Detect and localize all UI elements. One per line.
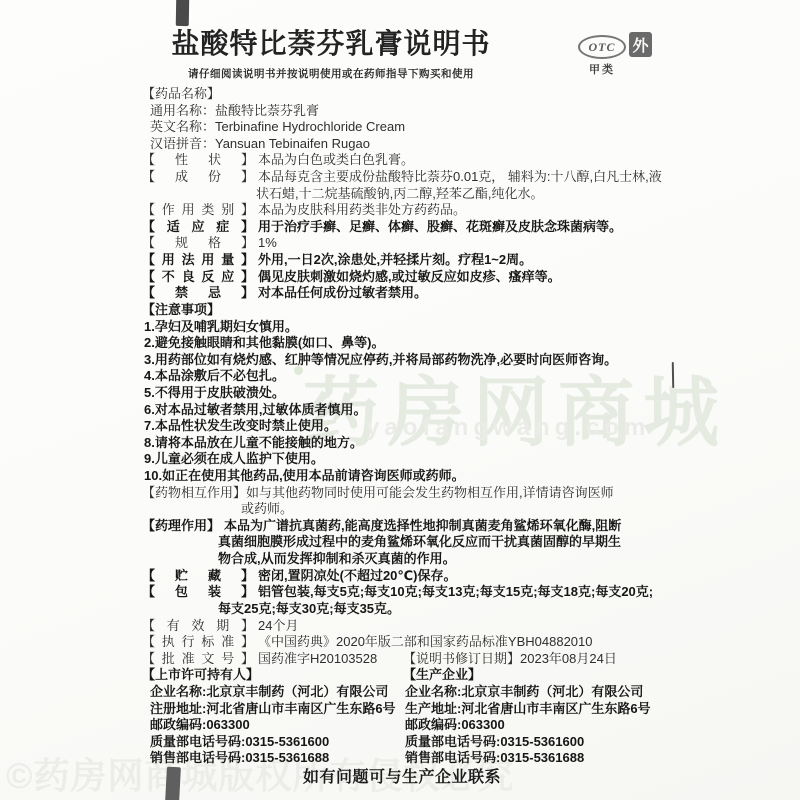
otc-badge: OTC 甲类: [578, 35, 626, 77]
heading-label: 【禁忌】: [142, 285, 254, 302]
generic-name-line: 通用名称：盐酸特比萘芬乳膏: [142, 103, 662, 120]
line-text: 如与其他药物同时使用可能会发生药物相互作用,详情请咨询医师: [246, 485, 614, 500]
external-use-mark: 外: [629, 32, 652, 57]
precaution-item: 2.避免接触眼睛和其他黏膜(如口、鼻等)。: [142, 335, 662, 352]
holder-quality-phone: 质量部电话号码:0315-5361600: [150, 734, 396, 751]
line-text: 外用,一日2次,涂患处,并轻揉片刻。疗程1~2周。: [258, 252, 532, 267]
category-line: 【作用类别】本品为皮肤科用药类非处方药药品。: [142, 202, 662, 219]
approval-line: 【批准文号】国药准字H20103528 【说明书修订日期】2023年08月24日: [142, 651, 662, 668]
line-text: 偶见皮肤刺激如烧灼感,或过敏反应如皮疹、瘙痒等。: [258, 269, 561, 284]
precaution-item: 5.不得用于皮肤破溃处。: [142, 385, 662, 402]
company-columns: 企业名称:北京京丰制药（河北）有限公司 注册地址:河北省唐山市丰南区广生东路6号…: [142, 684, 662, 767]
heading-label: 【药理作用】: [142, 518, 220, 535]
adverse-reaction-line: 【不良反应】偶见皮肤刺激如烧灼感,或过敏反应如皮疹、瘙痒等。: [142, 269, 662, 286]
precaution-item: 3.用药部位如有烧灼感、红肿等情况应停药,并将局部药物洗净,必要时向医师咨询。: [142, 352, 662, 369]
holder-info: 企业名称:北京京丰制药（河北）有限公司 注册地址:河北省唐山市丰南区广生东路6号…: [150, 684, 396, 767]
contact-note: 如有问题可与生产企业联系: [142, 770, 662, 787]
precaution-item: 7.本品性状发生改变时禁止使用。: [142, 418, 662, 435]
line-text: 铝管包装,每支5克;每支10克;每支13克;每支15克;每支18克;每支20克;: [258, 584, 653, 599]
heading-label: 【成份】: [142, 169, 254, 186]
ingredients-line: 【成份】本品每克含主要成份盐酸特比萘芬0.01克， 辅料为:十八醇,白凡士林,液: [142, 169, 662, 186]
line-text: 《中国药典》2020年版二部和国家药品标准YBH04882010: [258, 634, 593, 649]
manufacturer-company: 企业名称:北京京丰制药（河北）有限公司: [405, 684, 651, 701]
holder-sales-phone: 销售部电话号码:0315-5361688: [150, 750, 396, 767]
line-text: 密闭,置阴凉处(不超过20℃)保存。: [258, 568, 456, 583]
heading-label: 【适应症】: [142, 219, 254, 236]
contraindication-line: 【禁忌】对本品任何成份过敏者禁用。: [142, 285, 662, 302]
standard-line: 【执行标准】《中国药典》2020年版二部和国家药品标准YBH04882010: [142, 634, 662, 651]
line-text: 国药准字H20103528: [258, 651, 377, 666]
interaction-line-2: 或药师。: [142, 501, 662, 518]
heading-label: 【批准文号】: [142, 651, 254, 668]
line-text: 本品为广谱抗真菌药,能高度选择性地抑制真菌麦角鲨烯环氧化酶,阻断: [224, 518, 621, 533]
precaution-item: 6.对本品过敏者禁用,过敏体质者慎用。: [142, 402, 662, 419]
holder-heading: 【上市许可持有人】: [142, 667, 259, 684]
precaution-item: 8.请将本品放在儿童不能接触的地方。: [142, 435, 662, 452]
precaution-item: 4.本品涂敷后不必包扎。: [142, 368, 662, 385]
leaflet-body: 【药品名称】 通用名称：盐酸特比萘芬乳膏 英文名称：Terbinafine Hy…: [142, 86, 662, 787]
manufacturer-sales-phone: 销售部电话号码:0315-5361688: [405, 750, 651, 767]
holder-address: 注册地址:河北省唐山市丰南区广生东路6号: [150, 701, 396, 718]
interaction-line: 【药物相互作用】如与其他药物同时使用可能会发生药物相互作用,详情请咨询医师: [142, 485, 662, 502]
package-line: 【包装】铝管包装,每支5克;每支10克;每支13克;每支15克;每支18克;每支…: [142, 584, 662, 601]
heading-label: 【有效期】: [142, 618, 254, 635]
pinyin-line: 汉语拼音：Yansuan Tebinaifen Rugao: [142, 136, 662, 153]
line-text: 本品为皮肤科用药类非处方药药品。: [258, 202, 466, 217]
heading-label: 【注意事项】: [142, 302, 220, 319]
pharmacology-line: 【药理作用】本品为广谱抗真菌药,能高度选择性地抑制真菌麦角鲨烯环氧化酶,阻断: [142, 518, 662, 535]
manufacturer-quality-phone: 质量部电话号码:0315-5361600: [405, 734, 651, 751]
line-text: 2023年08月24日: [520, 651, 617, 666]
heading-label: 【包装】: [142, 584, 254, 601]
company-headings: 【上市许可持有人】 【生产企业】: [142, 667, 662, 684]
heading-label: 【用法用量】: [142, 252, 254, 269]
scan-mark-line: [672, 362, 674, 388]
manufacturer-postcode: 邮政编码:063300: [405, 717, 651, 734]
line-text: 本品每克含主要成份盐酸特比萘芬0.01克， 辅料为:十八醇,白凡士林,液: [258, 169, 662, 184]
pharmacology-line-3: 物合成,从而发挥抑制和杀灭真菌的作用。: [142, 551, 662, 568]
otc-logo-icon: OTC: [578, 35, 626, 59]
otc-class-label: 甲类: [578, 61, 626, 77]
precaution-item: 1.孕妇及哺乳期妇女慎用。: [142, 319, 662, 336]
storage-line: 【贮藏】密闭,置阴凉处(不超过20℃)保存。: [142, 568, 662, 585]
heading-label: 【药物相互作用】: [142, 485, 246, 502]
english-name-line: 英文名称：Terbinafine Hydrochloride Cream: [142, 119, 662, 136]
line-text: 24个月: [258, 618, 298, 633]
heading-label: 【作用类别】: [142, 202, 254, 219]
ingredients-line-2: 状石蜡,十二烷基硫酸钠,丙二醇,羟苯乙酯,纯化水。: [142, 186, 662, 203]
heading-label: 【说明书修订日期】: [403, 651, 520, 668]
line-text: 用于治疗手癣、足癣、体癣、股癣、花斑癣及皮肤念珠菌病等。: [258, 219, 622, 234]
indication-line: 【适应症】用于治疗手癣、足癣、体癣、股癣、花斑癣及皮肤念珠菌病等。: [142, 219, 662, 236]
line-text: 1%: [258, 235, 277, 250]
page-title: 盐酸特比萘芬乳膏说明书: [142, 22, 520, 62]
manufacturer-address: 生产地址:河北省唐山市丰南区广生东路6号: [405, 701, 651, 718]
precaution-item: 9.儿童必须在成人监护下使用。: [142, 451, 662, 468]
heading-label: 【贮藏】: [142, 568, 254, 585]
precaution-item: 10.如正在使用其他药品,使用本品前请咨询医师或药师。: [142, 468, 662, 485]
character-line: 【性状】本品为白色或类白色乳膏。: [142, 152, 662, 169]
heading-label: 【执行标准】: [142, 634, 254, 651]
package-line-2: 每支25克;每支30克;每支35克。: [142, 601, 662, 618]
leaflet-page: 药房网商城 yaofangwang.com ©药房网商城版权所有侵权必究 盐酸特…: [0, 0, 800, 800]
strength-line: 【规格】1%: [142, 235, 662, 252]
revision-date: 【说明书修订日期】2023年08月24日: [403, 651, 617, 668]
manufacturer-heading: 【生产企业】: [403, 667, 481, 684]
validity-line: 【有效期】24个月: [142, 618, 662, 635]
pharmacology-line-2: 真菌细胞膜形成过程中的麦角鲨烯环氧化反应而干扰真菌固醇的早期生: [142, 534, 662, 551]
heading-label: 【规格】: [142, 235, 254, 252]
heading-label: 【不良反应】: [142, 269, 254, 286]
heading-label: 【性状】: [142, 152, 254, 169]
line-text: 本品为白色或类白色乳膏。: [258, 152, 414, 167]
dosage-line: 【用法用量】外用,一日2次,涂患处,并轻揉片刻。疗程1~2周。: [142, 252, 662, 269]
manufacturer-info: 企业名称:北京京丰制药（河北）有限公司 生产地址:河北省唐山市丰南区广生东路6号…: [405, 684, 651, 767]
holder-postcode: 邮政编码:063300: [150, 717, 396, 734]
heading-label: 【药品名称】: [142, 86, 220, 103]
header: 盐酸特比萘芬乳膏说明书 请仔细阅读说明书并按说明使用或在药师指导下购买和使用: [142, 22, 520, 81]
line-text: 对本品任何成份过敏者禁用。: [258, 285, 427, 300]
page-subtitle: 请仔细阅读说明书并按说明使用或在药师指导下购买和使用: [142, 66, 520, 81]
holder-company: 企业名称:北京京丰制药（河北）有限公司: [150, 684, 396, 701]
precautions-heading: 【注意事项】: [142, 302, 662, 319]
section-heading: 【药品名称】: [142, 86, 662, 103]
